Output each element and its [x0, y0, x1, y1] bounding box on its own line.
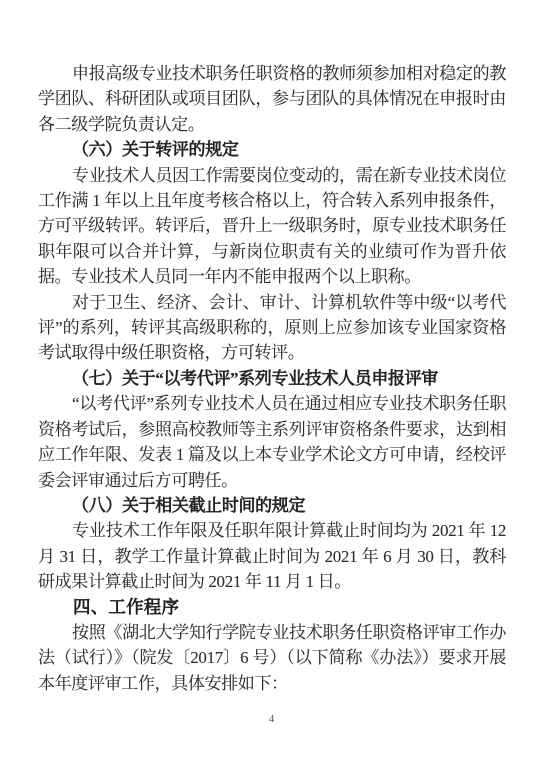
para-work-procedure-intro: 按照《湖北大学知行学院专业技术职务任职资格评审工作办法（试行）》（院发〔2017…: [38, 620, 506, 696]
heading-chapter-four-work-procedure: 四、工作程序: [38, 595, 506, 620]
page-footer: 4: [0, 709, 543, 727]
para-team-membership: 申报高级专业技术职务任职资格的教师须参加相对稳定的教学团队、科研团队或项目团队，…: [38, 61, 506, 137]
heading-section-eight-deadlines: （八）关于相关截止时间的规定: [38, 493, 506, 518]
heading-section-six-transfer-evaluation: （六）关于转评的规定: [38, 137, 506, 162]
document-page: 申报高级专业技术职务任职资格的教师须参加相对稳定的教学团队、科研团队或项目团队，…: [0, 0, 543, 768]
para-exam-based-application-rules: “以考代评”系列专业技术人员在通过相应专业技术职务任职资格考试后，参照高校教师等…: [38, 391, 506, 493]
document-body: 申报高级专业技术职务任职资格的教师须参加相对稳定的教学团队、科研团队或项目团队，…: [38, 61, 506, 696]
para-exam-based-series-transfer: 对于卫生、经济、会计、审计、计算机软件等中级“以考代评”的系列，转评其高级职称的…: [38, 290, 506, 366]
para-deadline-dates: 专业技术工作年限及任职年限计算截止时间均为 2021 年 12 月 31 日，教…: [38, 518, 506, 594]
para-transfer-evaluation-rules: 专业技术人员因工作需要岗位变动的，需在新专业技术岗位工作满 1 年以上且年度考核…: [38, 163, 506, 290]
page-number: 4: [269, 713, 275, 725]
heading-section-seven-exam-based-application: （七）关于“以考代评”系列专业技术人员申报评审: [38, 366, 506, 391]
